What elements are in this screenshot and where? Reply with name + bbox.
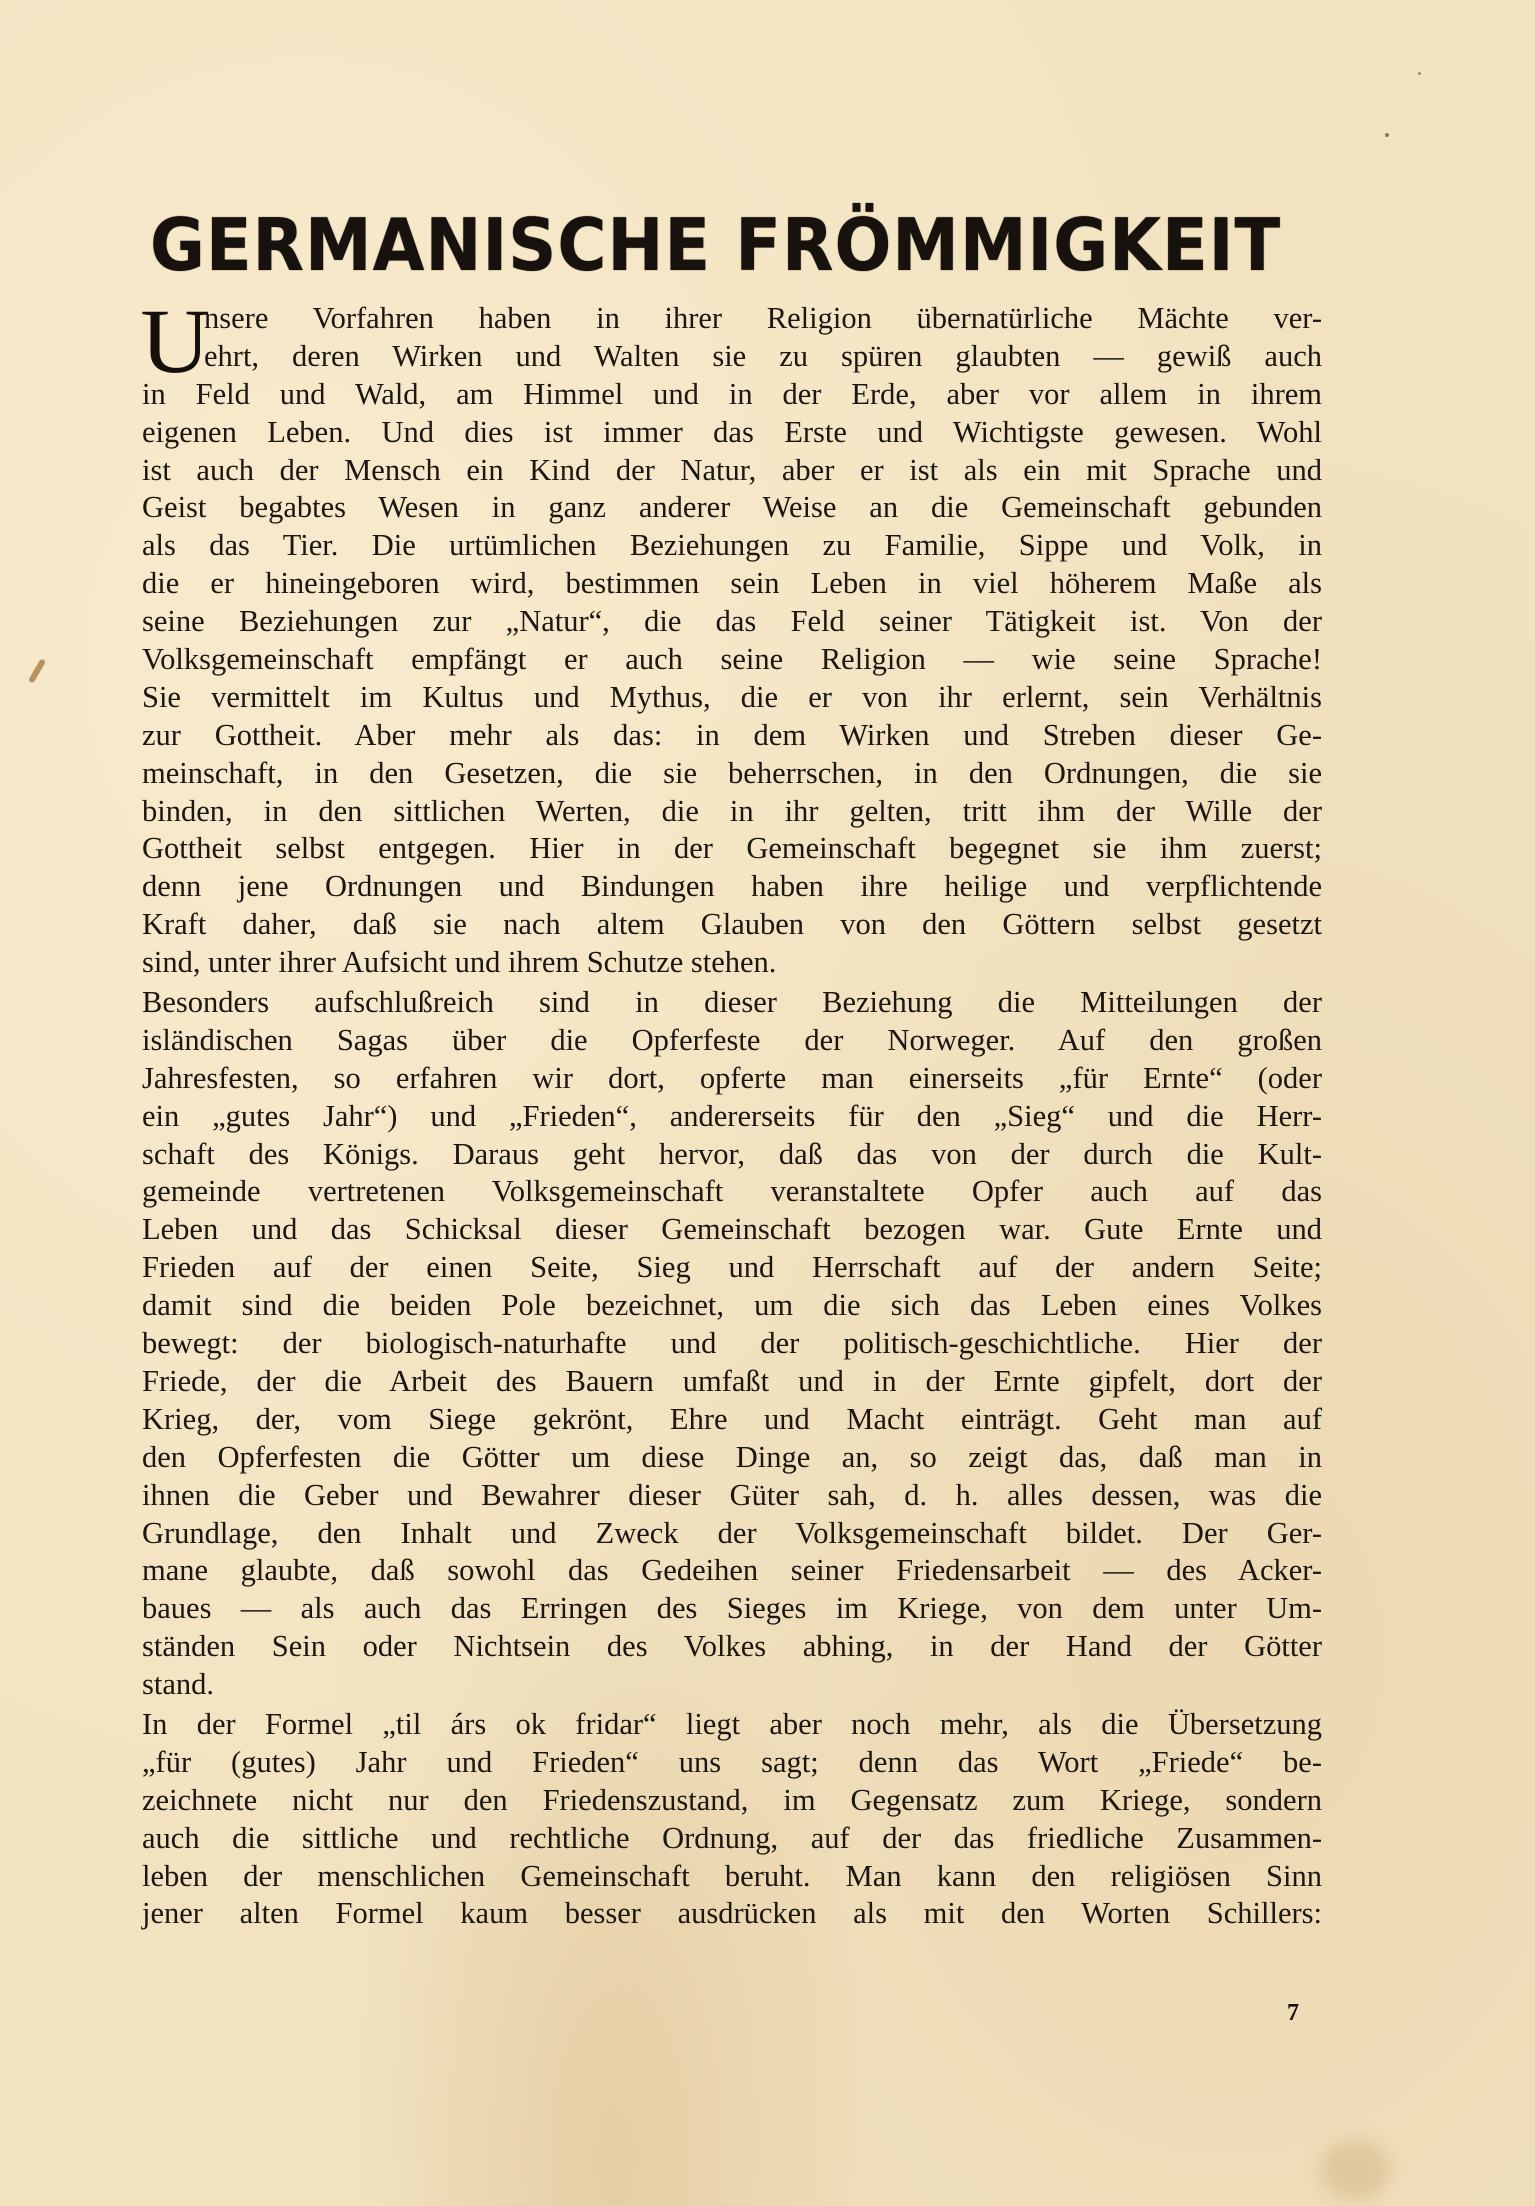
text-line: zeichnete nicht nur den Friedenszustand,… (142, 1782, 1322, 1820)
text-line: bewegt: der biologisch-naturhafte und de… (142, 1325, 1322, 1363)
paper-speck (28, 658, 46, 684)
text-line: Grundlage, den Inhalt und Zweck der Volk… (142, 1515, 1322, 1553)
text-line: leben der menschlichen Gemeinschaft beru… (142, 1858, 1322, 1896)
paper-speck (1385, 133, 1389, 137)
text-line: zur Gottheit. Aber mehr als das: in dem … (142, 717, 1322, 755)
text-line: binden, in den sittlichen Werten, die in… (142, 793, 1322, 831)
text-line: in Feld und Wald, am Himmel und in der E… (142, 376, 1322, 414)
text-line: Leben und das Schicksal dieser Gemeinsch… (142, 1211, 1322, 1249)
text-line: Krieg, der, vom Siege gekrönt, Ehre und … (142, 1401, 1322, 1439)
text-line: Geist begabtes Wesen in ganz anderer Wei… (142, 489, 1322, 527)
text-line: ist auch der Mensch ein Kind der Natur, … (142, 452, 1322, 490)
paper-stain (1320, 2140, 1390, 2200)
text-line: „für (gutes) Jahr und Frieden“ uns sagt;… (142, 1744, 1322, 1782)
text-line: Friede, der die Arbeit des Bauern umfaßt… (142, 1363, 1322, 1401)
text-line: Jahresfesten, so erfahren wir dort, opfe… (142, 1060, 1322, 1098)
page-number: 7 (1287, 2000, 1299, 2027)
text-line: als das Tier. Die urtümlichen Beziehunge… (142, 527, 1322, 565)
text-line: Kraft daher, daß sie nach altem Glauben … (142, 906, 1322, 944)
document-page: GERMANISCHE FRÖMMIGKEIT U nsere Vorfahre… (0, 0, 1535, 2206)
text-line: In der Formel „til árs ok fridar“ liegt … (142, 1706, 1322, 1744)
text-line: Volksgemeinschaft empfängt er auch seine… (142, 641, 1322, 679)
text-line: mane glaubte, daß sowohl das Gedeihen se… (142, 1552, 1322, 1590)
text-line: jener alten Formel kaum besser ausdrücke… (142, 1895, 1322, 1933)
text-line: schaft des Königs. Daraus geht hervor, d… (142, 1136, 1322, 1174)
text-line: eigenen Leben. Und dies ist immer das Er… (142, 414, 1322, 452)
text-line: denn jene Ordnungen und Bindungen haben … (142, 868, 1322, 906)
text-line: den Opferfesten die Götter um diese Ding… (142, 1439, 1322, 1477)
text-line: nsere Vorfahren haben in ihrer Religion … (142, 300, 1322, 338)
text-line: Frieden auf der einen Seite, Sieg und He… (142, 1249, 1322, 1287)
text-line: meinschaft, in den Gesetzen, die sie beh… (142, 755, 1322, 793)
text-line: ein „gutes Jahr“) und „Frieden“, anderer… (142, 1098, 1322, 1136)
text-line: damit sind die beiden Pole bezeichnet, u… (142, 1287, 1322, 1325)
text-line: sind, unter ihrer Aufsicht und ihrem Sch… (142, 944, 1322, 982)
paragraph-2: Besonders aufschlußreich sind in dieser … (142, 984, 1322, 1704)
text-line: Gottheit selbst entgegen. Hier in der Ge… (142, 830, 1322, 868)
article-body: U nsere Vorfahren haben in ihrer Religio… (142, 300, 1322, 1933)
text-line: seine Beziehungen zur „Natur“, die das F… (142, 603, 1322, 641)
text-line: stand. (142, 1666, 1322, 1704)
page-title: GERMANISCHE FRÖMMIGKEIT (150, 200, 1247, 290)
text-line: gemeinde vertretenen Volksgemeinschaft v… (142, 1173, 1322, 1211)
text-line: isländischen Sagas über die Opferfeste d… (142, 1022, 1322, 1060)
text-line: ihnen die Geber und Bewahrer dieser Güte… (142, 1477, 1322, 1515)
text-line: baues — als auch das Erringen des Sieges… (142, 1590, 1322, 1628)
drop-cap: U (140, 302, 210, 380)
text-line: ehrt, deren Wirken und Walten sie zu spü… (142, 338, 1322, 376)
paper-speck (1418, 72, 1421, 75)
text-line: Besonders aufschlußreich sind in dieser … (142, 984, 1322, 1022)
text-line: auch die sittliche und rechtliche Ordnun… (142, 1820, 1322, 1858)
paragraph-3: In der Formel „til árs ok fridar“ liegt … (142, 1706, 1322, 1933)
text-line: die er hineingeboren wird, bestimmen sei… (142, 565, 1322, 603)
text-line: ständen Sein oder Nichtsein des Volkes a… (142, 1628, 1322, 1666)
paragraph-1: U nsere Vorfahren haben in ihrer Religio… (142, 300, 1322, 982)
text-line: Sie vermittelt im Kultus und Mythus, die… (142, 679, 1322, 717)
